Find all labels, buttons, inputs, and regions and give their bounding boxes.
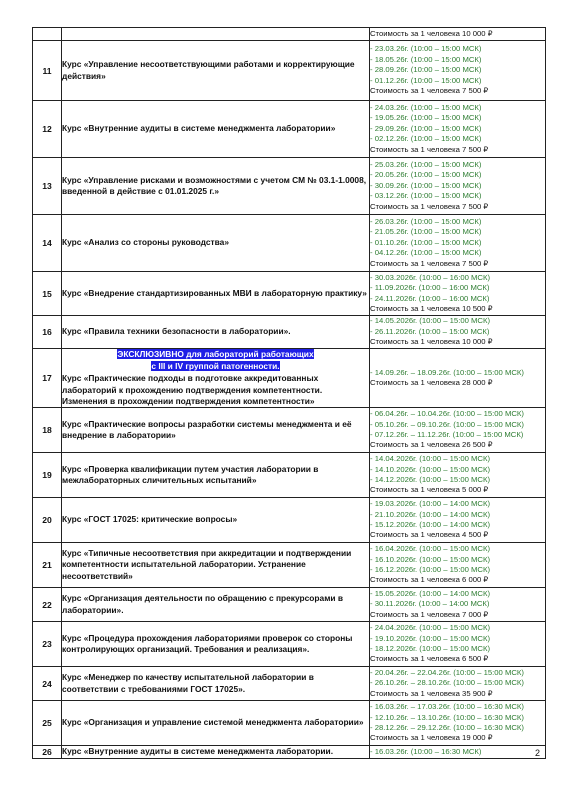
table-row: 17ЭКСКЛЮЗИВНО для лабораторий работающих… <box>33 349 546 408</box>
price-text: Стоимость за 1 человека 19 000 ₽ <box>370 733 545 743</box>
session-date: - 24.03.26г. (10:00 – 15:00 МСК) <box>370 103 545 113</box>
course-title: Курс «Менеджер по качеству испытательной… <box>62 672 369 694</box>
session-date: - 15.12.2026г. (10:00 – 14:00 МСК) <box>370 520 545 530</box>
table-row: 23Курс «Процедура прохождения лаборатори… <box>33 622 546 667</box>
session-date: - 20.05.26г. (10:00 – 15:00 МСК) <box>370 170 545 180</box>
schedule-cell: - 16.04.2026г. (10:00 – 15:00 МСК)- 16.1… <box>370 543 546 588</box>
session-date: - 06.04.26г. – 10.04.26г. (10:00 – 15:00… <box>370 409 545 419</box>
row-number: 16 <box>33 316 62 349</box>
highlighted-text: ЭКСКЛЮЗИВНО для лабораторий работающих <box>117 349 313 359</box>
session-date: - 19.05.26г. (10:00 – 15:00 МСК) <box>370 113 545 123</box>
price-text: Стоимость за 1 человека 6 000 ₽ <box>370 575 545 585</box>
table-row: 16Курс «Правила техники безопасности в л… <box>33 316 546 349</box>
course-title: Курс «Практические вопросы разработки си… <box>62 419 369 441</box>
course-title-cell: Курс «Анализ со стороны руководства» <box>62 215 370 272</box>
course-title: Курс «Управление несоответствующими рабо… <box>62 59 369 81</box>
schedule-cell: - 14.04.2026г. (10:00 – 15:00 МСК)- 14.1… <box>370 453 546 498</box>
course-title-cell: Курс «Внутренние аудиты в системе менедж… <box>62 101 370 158</box>
course-title: Курс «Анализ со стороны руководства» <box>62 237 369 248</box>
course-schedule-table: Стоимость за 1 человека 10 000 ₽ 11Курс … <box>32 27 546 759</box>
course-title: Курс «Организация и управление системой … <box>62 717 369 728</box>
page-number: 2 <box>535 748 540 758</box>
session-date: - 14.10.2026г. (10:00 – 15:00 МСК) <box>370 465 545 475</box>
table-row: 24Курс «Менеджер по качеству испытательн… <box>33 667 546 701</box>
session-date: - 25.03.26г. (10:00 – 15:00 МСК) <box>370 160 545 170</box>
schedule-cell: - 20.04.26г. – 22.04.26г. (10:00 – 15:00… <box>370 667 546 701</box>
table-row: 26Курс «Внутренние аудиты в системе мене… <box>33 746 546 759</box>
session-date: - 16.03.26г. – 17.03.26г. (10:00 – 16:30… <box>370 702 545 712</box>
schedule-cell: - 15.05.2026г. (10:00 – 14:00 МСК)- 30.1… <box>370 588 546 622</box>
course-title-cell: Курс «Внедрение стандартизированных МВИ … <box>62 272 370 316</box>
table-row: 19Курс «Проверка квалификации путем учас… <box>33 453 546 498</box>
row-number: 26 <box>33 746 62 759</box>
session-date: - 19.10.2026г. (10:00 – 15:00 МСК) <box>370 634 545 644</box>
course-title-cell: Курс «Управление рисками и возможностями… <box>62 158 370 215</box>
session-date: - 30.09.26г. (10:00 – 15:00 МСК) <box>370 181 545 191</box>
row-number: 14 <box>33 215 62 272</box>
price-text: Стоимость за 1 человека 10 000 ₽ <box>370 29 545 39</box>
course-title-cell: Курс «Организация и управление системой … <box>62 701 370 746</box>
session-date: - 14.05.2026г. (10:00 – 15:00 МСК) <box>370 316 545 326</box>
price-text: Стоимость за 1 человека 26 500 ₽ <box>370 440 545 450</box>
session-date: - 26.03.26г. (10:00 – 15:00 МСК) <box>370 217 545 227</box>
row-number: 13 <box>33 158 62 215</box>
session-date: - 30.11.2026г. (10:00 – 14:00 МСК) <box>370 599 545 609</box>
table-row: 22Курс «Организация деятельности по обра… <box>33 588 546 622</box>
price-text: Стоимость за 1 человека 6 500 ₽ <box>370 654 545 664</box>
row-number: 24 <box>33 667 62 701</box>
schedule-cell: - 14.05.2026г. (10:00 – 15:00 МСК)- 26.1… <box>370 316 546 349</box>
course-title-cell: Курс «Правила техники безопасности в лаб… <box>62 316 370 349</box>
session-date: - 16.03.26г. (10:00 – 16:30 МСК) <box>370 747 545 757</box>
row-number: 21 <box>33 543 62 588</box>
session-date: - 26.10.26г. – 28.10.26г. (10:00 – 15:00… <box>370 678 545 688</box>
course-title: Курс «Процедура прохождения лабораториям… <box>62 633 369 655</box>
session-date: - 04.12.26г. (10:00 – 15:00 МСК) <box>370 248 545 258</box>
price-text: Стоимость за 1 человека 4 500 ₽ <box>370 530 545 540</box>
session-date: - 11.09.2026г. (10:00 – 16:00 МСК) <box>370 283 545 293</box>
session-date: - 14.04.2026г. (10:00 – 15:00 МСК) <box>370 454 545 464</box>
session-date: - 21.10.2026г. (10:00 – 14:00 МСК) <box>370 510 545 520</box>
table-row: 20Курс «ГОСТ 17025: критические вопросы»… <box>33 498 546 543</box>
session-date: - 18.05.26г. (10:00 – 15:00 МСК) <box>370 55 545 65</box>
schedule-cell: - 14.09.26г. – 18.09.26г. (10:00 – 15:00… <box>370 349 546 408</box>
price-text: Стоимость за 1 человека 10 000 ₽ <box>370 337 545 347</box>
price-text: Стоимость за 1 человека 7 500 ₽ <box>370 86 545 96</box>
session-date: - 15.05.2026г. (10:00 – 14:00 МСК) <box>370 589 545 599</box>
session-date: - 01.12.26г. (10:00 – 15:00 МСК) <box>370 76 545 86</box>
course-title-cell: Курс «Управление несоответствующими рабо… <box>62 41 370 101</box>
course-title-cell: Курс «Типичные несоответствия при аккред… <box>62 543 370 588</box>
table-row: 21Курс «Типичные несоответствия при аккр… <box>33 543 546 588</box>
course-title <box>62 28 370 41</box>
price-text: Стоимость за 1 человека 28 000 ₽ <box>370 378 545 388</box>
course-title-cell: Курс «Внутренние аудиты в системе менедж… <box>62 746 370 759</box>
table-row: 11Курс «Управление несоответствующими ра… <box>33 41 546 101</box>
course-title: Курс «Внутренние аудиты в системе менедж… <box>62 746 369 757</box>
schedule-cell: - 16.03.26г. – 17.03.26г. (10:00 – 16:30… <box>370 701 546 746</box>
row-number: 18 <box>33 408 62 453</box>
session-date: - 18.12.2026г. (10:00 – 15:00 МСК) <box>370 644 545 654</box>
session-date: - 02.12.26г. (10:00 – 15:00 МСК) <box>370 134 545 144</box>
session-date: - 19.03.2026г. (10:00 – 14:00 МСК) <box>370 499 545 509</box>
course-title-cell: Курс «Практические вопросы разработки си… <box>62 408 370 453</box>
schedule-cell: - 26.03.26г. (10:00 – 15:00 МСК)- 21.05.… <box>370 215 546 272</box>
schedule-cell: - 23.03.26г. (10:00 – 15:00 МСК)- 18.05.… <box>370 41 546 101</box>
session-date: - 28.09.26г. (10:00 – 15:00 МСК) <box>370 65 545 75</box>
row-number: 20 <box>33 498 62 543</box>
row-number: 22 <box>33 588 62 622</box>
row-number: 25 <box>33 701 62 746</box>
session-date: - 16.10.2026г. (10:00 – 15:00 МСК) <box>370 555 545 565</box>
course-title: Курс «Типичные несоответствия при аккред… <box>62 548 369 581</box>
session-date: - 21.05.26г. (10:00 – 15:00 МСК) <box>370 227 545 237</box>
session-date: - 12.10.26г. – 13.10.26г. (10:00 – 16:30… <box>370 713 545 723</box>
course-title: Курс «Организация деятельности по обраще… <box>62 593 369 615</box>
schedule-cell: - 30.03.2026г. (10:00 – 16:00 МСК)- 11.0… <box>370 272 546 316</box>
price-text: Стоимость за 1 человека 7 500 ₽ <box>370 202 545 212</box>
session-date: - 28.12.26г. – 29.12.26г. (10:00 – 16:30… <box>370 723 545 733</box>
price-text: Стоимость за 1 человека 5 000 ₽ <box>370 485 545 495</box>
table-row: 13Курс «Управление рисками и возможностя… <box>33 158 546 215</box>
schedule-cell: - 25.03.26г. (10:00 – 15:00 МСК)- 20.05.… <box>370 158 546 215</box>
course-title: Курс «Управление рисками и возможностями… <box>62 175 369 197</box>
document-page: Стоимость за 1 человека 10 000 ₽ 11Курс … <box>0 0 565 800</box>
course-title: Курс «Правила техники безопасности в лаб… <box>62 326 369 337</box>
exclusive-notice: с III и IV группой патогенности. <box>62 361 369 372</box>
session-date: - 14.09.26г. – 18.09.26г. (10:00 – 15:00… <box>370 368 545 378</box>
session-date: - 29.09.26г. (10:00 – 15:00 МСК) <box>370 124 545 134</box>
course-title-cell: ЭКСКЛЮЗИВНО для лабораторий работающихс … <box>62 349 370 408</box>
session-date: - 26.11.2026г. (10:00 – 15:00 МСК) <box>370 327 545 337</box>
schedule-cell: Стоимость за 1 человека 10 000 ₽ <box>370 28 546 41</box>
session-date: - 16.12.2026г. (10:00 – 15:00 МСК) <box>370 565 545 575</box>
row-number: 12 <box>33 101 62 158</box>
course-title-cell: Курс «Организация деятельности по обраще… <box>62 588 370 622</box>
row-number: 19 <box>33 453 62 498</box>
session-date: - 01.10.26г. (10:00 – 15:00 МСК) <box>370 238 545 248</box>
session-date: - 07.12.26г. – 11.12.26г. (10:00 – 15:00… <box>370 430 545 440</box>
table-row: 25Курс «Организация и управление системо… <box>33 701 546 746</box>
schedule-cell: - 19.03.2026г. (10:00 – 14:00 МСК)- 21.1… <box>370 498 546 543</box>
schedule-cell: - 16.03.26г. (10:00 – 16:30 МСК) <box>370 746 546 759</box>
schedule-cell: - 24.03.26г. (10:00 – 15:00 МСК)- 19.05.… <box>370 101 546 158</box>
course-title-cell: Курс «Менеджер по качеству испытательной… <box>62 667 370 701</box>
course-title: Курс «Внедрение стандартизированных МВИ … <box>62 288 369 299</box>
session-date: - 24.11.2026г. (10:00 – 16:00 МСК) <box>370 294 545 304</box>
session-date: - 16.04.2026г. (10:00 – 15:00 МСК) <box>370 544 545 554</box>
row-number: 15 <box>33 272 62 316</box>
exclusive-notice: ЭКСКЛЮЗИВНО для лабораторий работающих <box>62 349 369 360</box>
session-date: - 14.12.2026г. (10:00 – 15:00 МСК) <box>370 475 545 485</box>
row-number: 11 <box>33 41 62 101</box>
session-date: - 20.04.26г. – 22.04.26г. (10:00 – 15:00… <box>370 668 545 678</box>
session-date: - 03.12.26г. (10:00 – 15:00 МСК) <box>370 191 545 201</box>
table-row: 18Курс «Практические вопросы разработки … <box>33 408 546 453</box>
row-number <box>33 28 62 41</box>
course-title: Курс «Проверка квалификации путем участи… <box>62 464 369 486</box>
course-title: Курс «Внутренние аудиты в системе менедж… <box>62 123 369 134</box>
row-number: 17 <box>33 349 62 408</box>
session-date: - 24.04.2026г. (10:00 – 15:00 МСК) <box>370 623 545 633</box>
table-row: 14Курс «Анализ со стороны руководства»- … <box>33 215 546 272</box>
price-text: Стоимость за 1 человека 7 000 ₽ <box>370 610 545 620</box>
course-title-cell: Курс «Процедура прохождения лабораториям… <box>62 622 370 667</box>
schedule-cell: - 06.04.26г. – 10.04.26г. (10:00 – 15:00… <box>370 408 546 453</box>
price-text: Стоимость за 1 человека 7 500 ₽ <box>370 145 545 155</box>
table-row: 12Курс «Внутренние аудиты в системе мене… <box>33 101 546 158</box>
highlighted-text: с III и IV группой патогенности. <box>151 361 279 371</box>
session-date: - 30.03.2026г. (10:00 – 16:00 МСК) <box>370 273 545 283</box>
table-row: 15Курс «Внедрение стандартизированных МВ… <box>33 272 546 316</box>
table-row-continued: Стоимость за 1 человека 10 000 ₽ <box>33 28 546 41</box>
session-date: - 05.10.26г. – 09.10.26г. (10:00 – 15:00… <box>370 420 545 430</box>
price-text: Стоимость за 1 человека 35 900 ₽ <box>370 689 545 699</box>
course-title: Курс «Практические подходы в подготовке … <box>62 373 369 406</box>
course-title-cell: Курс «Проверка квалификации путем участи… <box>62 453 370 498</box>
schedule-cell: - 24.04.2026г. (10:00 – 15:00 МСК)- 19.1… <box>370 622 546 667</box>
course-title: Курс «ГОСТ 17025: критические вопросы» <box>62 514 369 525</box>
row-number: 23 <box>33 622 62 667</box>
price-text: Стоимость за 1 человека 10 500 ₽ <box>370 304 545 314</box>
price-text: Стоимость за 1 человека 7 500 ₽ <box>370 259 545 269</box>
session-date: - 23.03.26г. (10:00 – 15:00 МСК) <box>370 44 545 54</box>
course-title-cell: Курс «ГОСТ 17025: критические вопросы» <box>62 498 370 543</box>
